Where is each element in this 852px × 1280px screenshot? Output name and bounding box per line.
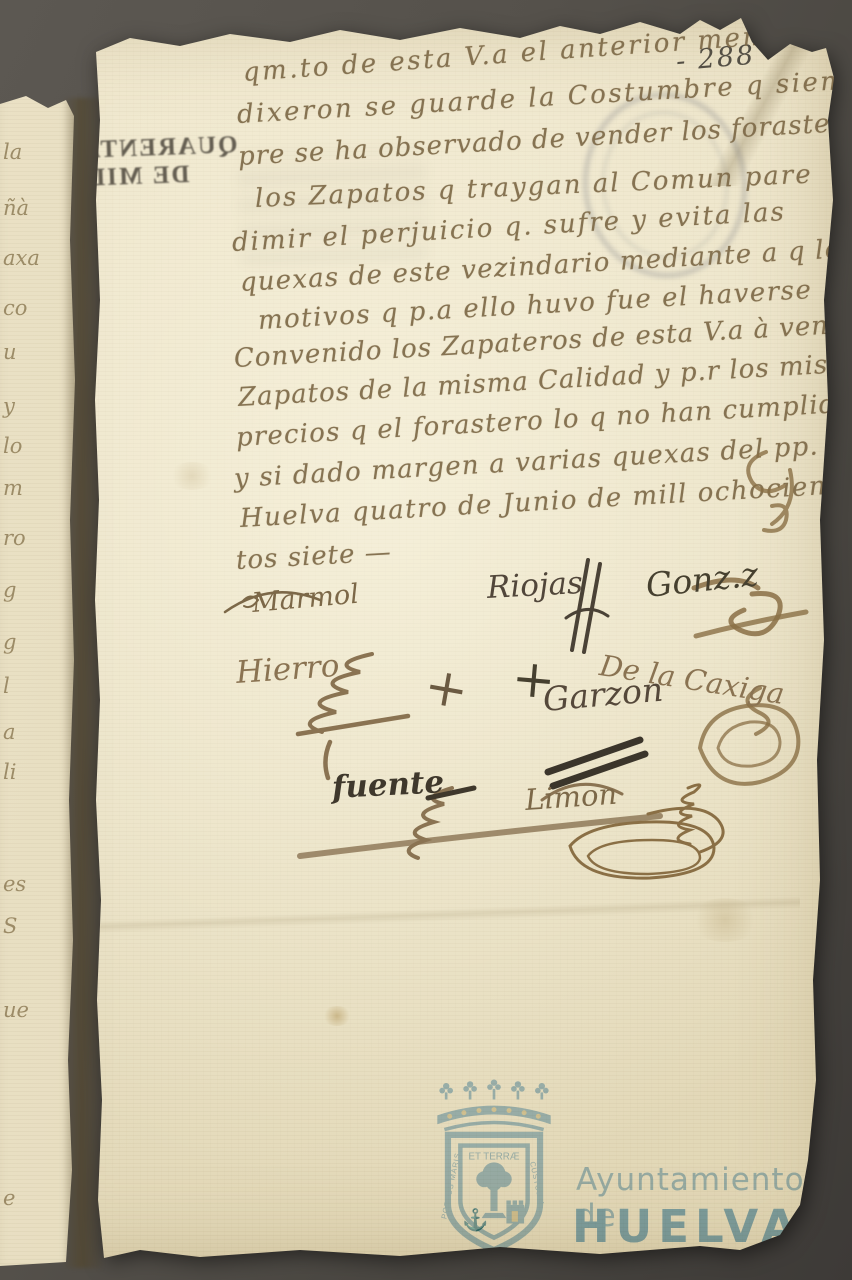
huelva-coat-of-arms: ET TERRÆ ⚓ PORTUS MARIS CUSTODIA: [432, 1078, 556, 1260]
anchor-icon: ⚓: [462, 1207, 488, 1233]
signature-hierro: Hierro: [235, 648, 341, 691]
shield-top-motto: ET TERRÆ: [468, 1152, 519, 1163]
rubric-limon: [678, 785, 700, 844]
document-page-wrap: QUARENTA DE MIL - 288 - qm.to de esta V.…: [0, 0, 852, 1280]
watermark-city-name: HUELVA: [572, 1200, 802, 1253]
huelva-watermark: ET TERRÆ ⚓ PORTUS MARIS CUSTODIA Ay: [430, 1076, 830, 1280]
signature-fuente: fuente: [331, 764, 445, 806]
signature-riojas: Riojas: [486, 565, 584, 606]
crown-trefoils: [439, 1079, 548, 1099]
crown-base: [444, 1123, 543, 1130]
rubric-riojas: [566, 609, 608, 618]
archive-scan: m la ñà axa co u y lo m ro g g l a li es…: [0, 0, 852, 1280]
ink-mark: [748, 452, 792, 531]
signature-limon: Limon: [524, 777, 618, 817]
rubric-fuente: [300, 816, 660, 856]
rubric-caxiga: [700, 705, 798, 784]
rubric-caxiga: [718, 722, 780, 766]
document-page: QUARENTA DE MIL - 288 - qm.to de esta V.…: [0, 0, 852, 1280]
rubric-limon: [588, 840, 700, 874]
castle-icon: [506, 1200, 524, 1223]
crown: [437, 1079, 550, 1124]
shield-right-motto: CUSTODIA: [528, 1161, 546, 1208]
